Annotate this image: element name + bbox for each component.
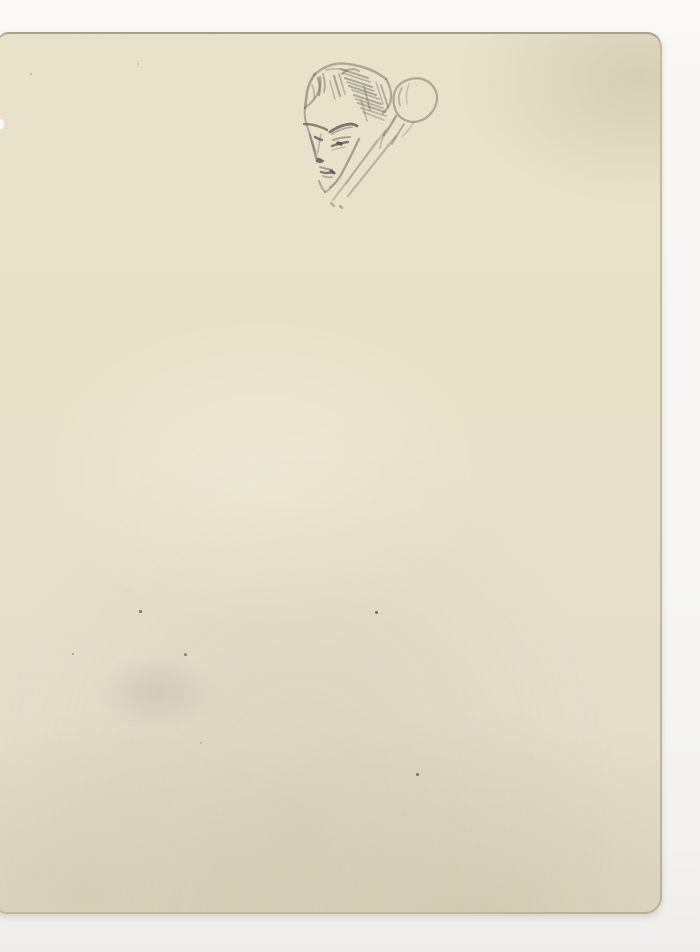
pencil-stroke — [332, 147, 345, 150]
pencil-stroke — [323, 74, 325, 92]
pencil-stroke — [340, 206, 342, 208]
pencil-stroke — [317, 161, 323, 162]
pencil-stroke — [406, 84, 409, 104]
pencil-stroke — [305, 108, 310, 135]
pencil-stroke — [319, 181, 325, 192]
sketchbook-page — [0, 32, 662, 914]
pencil-stroke — [312, 85, 314, 99]
pencil-stroke — [325, 187, 331, 192]
pencil-stroke — [392, 124, 404, 144]
pencil-stroke — [384, 116, 396, 135]
pencil-stroke — [339, 74, 345, 94]
pencil-stroke — [330, 81, 335, 99]
pencil-stroke — [320, 167, 332, 170]
pencil-stroke — [334, 76, 340, 96]
pencil-stroke — [318, 134, 321, 152]
pencil-stroke — [331, 171, 334, 173]
pencil-stroke — [338, 143, 341, 144]
portrait-sketch-svg — [284, 54, 452, 222]
pencil-stroke — [331, 203, 334, 206]
scan-backdrop: Sketchbook page with pencil study of a w… — [0, 0, 700, 952]
pencil-stroke — [331, 139, 359, 187]
pencil-stroke — [323, 176, 332, 177]
pencil-stroke — [318, 159, 321, 160]
pencil-stroke — [333, 137, 350, 140]
pencil-stroke — [393, 78, 437, 122]
pencil-stroke — [399, 88, 402, 105]
